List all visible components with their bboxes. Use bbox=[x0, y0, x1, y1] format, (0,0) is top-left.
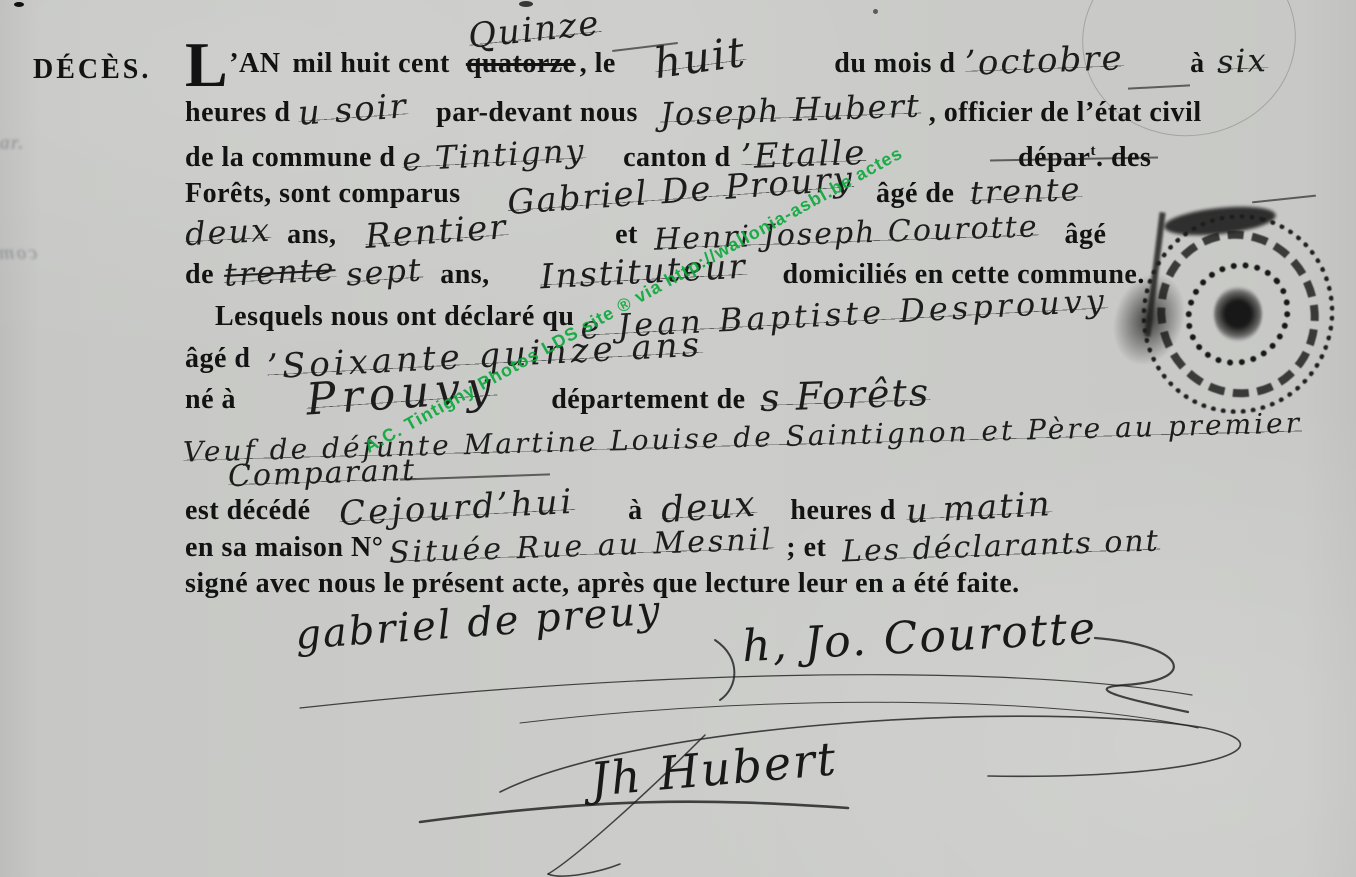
entry-declarant1-age: trente bbox=[970, 171, 1083, 211]
printed-text: par-devant nous bbox=[436, 97, 638, 128]
entry-declarant1-profession: Rentier bbox=[363, 209, 508, 255]
printed-text: est décédé bbox=[185, 495, 311, 526]
entry-hour: six bbox=[1216, 42, 1268, 80]
circular-ink-stamp bbox=[1142, 214, 1334, 414]
printed-text: à bbox=[628, 495, 643, 526]
printed-text: né à bbox=[185, 384, 236, 415]
entry-signers-note: Les déclarants ont bbox=[842, 523, 1161, 570]
printed-text: mil huit cent bbox=[292, 48, 449, 79]
entry-month: ’octobre bbox=[965, 40, 1125, 82]
signature-declarant2: h, Jo. Courotte bbox=[741, 603, 1098, 673]
printed-text: Lesquels nous ont déclaré qu bbox=[215, 301, 574, 332]
act-line-4: Forêts, sont comparus Gabriel De Proury … bbox=[185, 173, 1082, 216]
entry-death-place: Située Rue au Mesnil bbox=[389, 522, 775, 571]
printed-text: âgé de bbox=[876, 178, 954, 209]
printed-text: Forêts, sont comparus bbox=[185, 178, 461, 209]
entry-registrar-name: Joseph Hubert bbox=[659, 87, 921, 132]
signature-registrar: Jh Hubert bbox=[588, 731, 839, 806]
printed-text: du mois d bbox=[834, 48, 955, 79]
pen-stroke bbox=[1252, 195, 1316, 203]
entry-age-struck: trente bbox=[223, 251, 336, 293]
act-line-2: heures d u soir par-devant nous Joseph H… bbox=[185, 92, 1202, 135]
entry-commune: e Tintigny bbox=[401, 132, 586, 178]
entry-declarant1-age2: deux bbox=[184, 212, 272, 252]
act-line-12: est décédé Cejourd’hui à deux heures d u… bbox=[185, 490, 1051, 533]
printed-text: , le bbox=[580, 48, 616, 79]
printed-text: à bbox=[1190, 48, 1205, 79]
paper-speck bbox=[14, 2, 24, 7]
printed-year-struck: quatorze bbox=[466, 48, 576, 79]
dropcap-L: L bbox=[185, 29, 228, 100]
bleedthrough-text-3: commune bbox=[0, 242, 37, 265]
printed-text: en sa maison N° bbox=[185, 532, 383, 563]
entry-time-of-day: u soir bbox=[297, 88, 409, 132]
bleedthrough-text-2: dépar. bbox=[0, 132, 25, 155]
printed-text: heures d bbox=[185, 97, 290, 128]
printed-text: âgé d bbox=[185, 343, 251, 374]
printed-text: , officier de l’état civil bbox=[929, 97, 1202, 128]
act-line-1: L’AN mil huit cent quatorze , le huit du… bbox=[185, 40, 1267, 86]
printed-text: âgé bbox=[1064, 219, 1106, 250]
entry-death-day: Cejourd’hui bbox=[338, 484, 575, 532]
stamp-core-blot bbox=[1214, 286, 1262, 342]
act-line-13: en sa maison N° Située Rue au Mesnil ; e… bbox=[185, 529, 1160, 570]
death-record-page: de l’état ci dépar. commune DÉCÈS. Quinz… bbox=[0, 0, 1356, 877]
entry-comparant: Comparant bbox=[227, 453, 416, 496]
paper-speck bbox=[519, 1, 533, 7]
printed-text: ’AN bbox=[229, 48, 280, 79]
printed-text: ans, bbox=[287, 219, 336, 250]
printed-text: et bbox=[615, 219, 638, 250]
printed-text: ; et bbox=[786, 532, 826, 563]
printed-text: heures d bbox=[790, 495, 895, 526]
record-type-label: DÉCÈS. bbox=[33, 54, 151, 86]
act-line-9: né à Prouvy département de s Forêts bbox=[185, 376, 930, 422]
paper-speck bbox=[873, 9, 878, 14]
entry-declarant2-age: sept bbox=[344, 251, 423, 292]
entry-birth-department: s Forêts bbox=[759, 374, 930, 416]
entry-death-time-of-day: u matin bbox=[905, 486, 1052, 530]
printed-text: ans, bbox=[440, 259, 489, 290]
printed-text: département de bbox=[551, 384, 745, 415]
printed-text: de bbox=[185, 259, 214, 290]
printed-text: de la commune d bbox=[185, 142, 396, 173]
entry-day-number: huit bbox=[652, 34, 749, 83]
pen-stroke bbox=[400, 473, 550, 480]
